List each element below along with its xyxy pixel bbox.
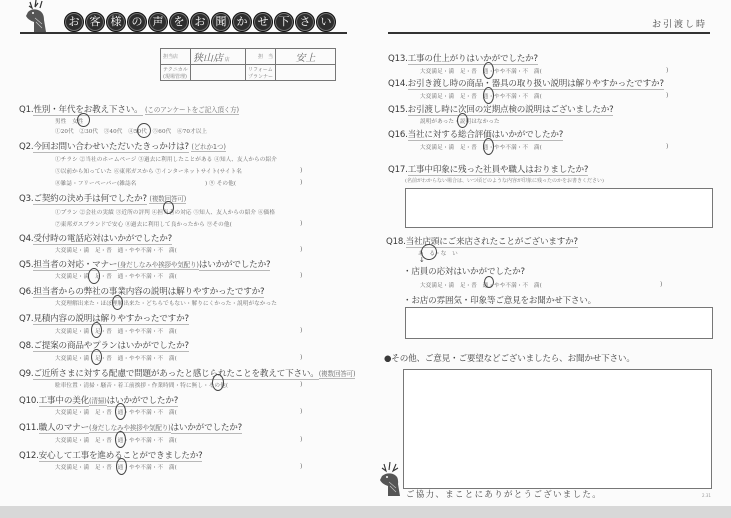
title-char: お <box>64 12 84 32</box>
question-q17: Q17.工事中印象に残った社員や職人はおりましたか? <box>388 163 588 175</box>
question-q2: Q2.今回お問い合わせいただいたきっかけは? (どれか1つ) <box>19 140 226 152</box>
q4-close-paren: ) <box>300 246 302 253</box>
q9-close-paren: ) <box>300 381 302 388</box>
question-q10: Q10.工事中の美化(清掃)はいかがでしたか? <box>19 394 178 406</box>
q1-age-circle <box>137 123 151 138</box>
handover-title: お引渡し時 <box>652 17 707 30</box>
question-q18: Q18.当社店頭にご来店されたことがございますか? <box>386 235 578 247</box>
question-q7: Q7.見積内容の説明は解りやすかったですか? <box>19 312 189 324</box>
q14-options[interactable]: 大変満足・満 足・普 通・やや不満・不 満( <box>420 92 542 100</box>
question-q14: Q14.お引き渡し時の商品・器具の取り扱い説明は解りやすかったですか? <box>388 77 664 89</box>
q7-options[interactable]: 大変満足・満 足・普 通・やや不満・不 満( <box>55 327 177 335</box>
q11-selected-circle <box>115 431 126 448</box>
planner-label: リフォームプランナー <box>246 65 276 81</box>
deer-logo-icon <box>22 0 54 32</box>
title-char: の <box>127 12 147 32</box>
q18-answer-box[interactable] <box>405 307 713 339</box>
q18-sub1-circle <box>484 276 494 288</box>
q1-selected-circle <box>77 113 90 127</box>
q13-close-paren: ) <box>666 67 668 74</box>
q8-close-paren: ) <box>300 354 302 361</box>
deer-mascot-icon <box>378 462 406 496</box>
q16-options[interactable]: 大変満足・満 足・普 通・やや不満・不 満( <box>420 143 542 151</box>
q12-close-paren: ) <box>300 463 302 470</box>
q7-selected-circle <box>91 322 102 338</box>
thanks-message: ご協力、まことにありがとうございました。 <box>406 488 602 500</box>
staff-table: 担当店 狭山店 店 担 当 安上 テクニカル(現場管理) リフォームプランナー <box>160 48 336 81</box>
question-q13: Q13.工事の仕上がりはいかがでしたか? <box>388 52 538 64</box>
title-char: せ <box>253 12 273 32</box>
q2-close-paren-2: ) <box>300 179 302 186</box>
title-char: 様 <box>106 12 126 32</box>
q9-options[interactable]: 駐車位置・清掃・騒音・着工前挨拶・作業時間・特に無し・その他( <box>55 381 228 389</box>
other-comments-box[interactable] <box>403 369 712 489</box>
q6-options[interactable]: 大変理解出来た・ほぼ理解出来た・どちらでもない・解りにくかった・説明がなかった <box>55 299 277 307</box>
q2-options-1[interactable]: ①チラシ ②当社のホームページ ③過去に利用したことがある ④知人、友人からの紹… <box>55 155 277 163</box>
q17-answer-box[interactable] <box>405 188 713 228</box>
question-q11: Q11.職人のマナー(身だしなみや挨拶や気配り)はいかがでしたか? <box>19 421 242 433</box>
q16-close-paren: ) <box>666 143 668 150</box>
q5-selected-circle <box>88 268 100 284</box>
q3-options-2[interactable]: ⑦東邦ガスブランドで安心 ⑧過去に利用して良かったから ⑨その他( <box>55 220 232 228</box>
q1-age-options[interactable]: ①20代 ②30代 ③40代 ④50代 ⑤60代 ⑥70才以上 <box>55 127 207 135</box>
q2-options-2[interactable]: ⑤以前から知っていた ⑥東邦ガスから ⑦インターネットサイト(サイト名 <box>55 167 242 175</box>
q11-close-paren: ) <box>300 436 302 443</box>
q6-selected-circle <box>112 295 123 310</box>
q18-sub1: ・店員の応対はいかがでしたか? <box>403 265 525 277</box>
title-char: さ <box>295 12 315 32</box>
q2-options-3b[interactable]: ) ⑨ その他( <box>205 179 236 187</box>
q15-selected-circle <box>457 113 468 128</box>
q14-close-paren: ) <box>666 92 668 99</box>
title-char: か <box>232 12 252 32</box>
question-q1: Q1.性別・年代をお教え下さい。 (このアンケートをご記入頂く方) <box>19 103 239 115</box>
q8-selected-circle <box>91 349 102 365</box>
person-field[interactable]: 安上 <box>276 49 336 65</box>
q12-selected-circle <box>116 458 127 475</box>
question-q15: Q15.お引渡し時に次回の定期点検の説明はございましたか? <box>388 103 613 115</box>
question-q16: Q16.当社に対する総合評価はいかがでしたか? <box>388 128 563 140</box>
question-q12: Q12.安心して工事を進めることができましたか? <box>19 449 202 461</box>
q2-options-3[interactable]: ⑧雑誌・フリーペーパー(雑誌名 <box>55 179 137 187</box>
question-q8: Q8.ご提案の商品やプランはいかがでしたか? <box>19 339 189 351</box>
title-rule-right <box>388 32 710 34</box>
q16-selected-circle <box>483 138 494 155</box>
q5-close-paren: ) <box>300 272 302 279</box>
planner-field[interactable] <box>276 65 336 81</box>
q9-selected-circle <box>212 374 224 391</box>
question-q5: Q5.担当者の対応・マナー(身だしなみや挨拶や気配り)はいかがでしたか? <box>19 258 270 270</box>
q13-options[interactable]: 大変満足・満 足・普 通・やや不満・不 満( <box>420 67 542 75</box>
q2-close-paren: ) <box>300 167 302 174</box>
title-char: 声 <box>148 12 168 32</box>
q3-close-paren: ) <box>300 220 302 227</box>
question-q4: Q4.受付時の電話応対はいかがでしたか? <box>19 232 172 244</box>
q14-selected-circle <box>483 87 494 104</box>
q18-close-paren: ) <box>660 281 662 288</box>
title-char: を <box>169 12 189 32</box>
person-label: 担 当 <box>246 49 276 65</box>
q8-options[interactable]: 大変満足・満 足・普 通・やや不満・不 満( <box>55 354 177 362</box>
title-rule-left <box>20 32 347 34</box>
q4-options[interactable]: 大変満足・満 足・普 通・やや不満・不 満( <box>55 246 177 254</box>
q10-selected-circle <box>115 403 126 420</box>
q3-selected-circle <box>163 201 174 214</box>
q10-close-paren: ) <box>300 408 302 415</box>
question-q9: Q9.ご近所さまに対する配慮で問題があったと感じられたことを教えて下さい。(複数… <box>19 367 355 379</box>
title-char: 聞 <box>211 12 231 32</box>
q18-sub1-options[interactable]: 大変満足・満 足・普 通・やや不満・不 満( <box>420 281 542 289</box>
title-char: い <box>316 12 336 32</box>
store-label: 担当店 <box>161 49 191 65</box>
page-title: お 客 様 の 声 を お 聞 か せ 下 さ い <box>64 12 336 32</box>
q17-note: (名前がわからない場合は、いつ頃どのような内容が印象に残ったのかをお書きください… <box>405 177 604 184</box>
other-comments-label: ●その他、ご意見・ご要望などございましたら、お聞かせ下さい。 <box>384 352 635 364</box>
q7-close-paren: ) <box>300 327 302 334</box>
form-code: 2.31 <box>702 493 711 498</box>
survey-sheet: お 客 様 の 声 を お 聞 か せ 下 さ い お引渡し時 担当店 狭山店 … <box>0 0 731 506</box>
question-q6: Q6.担当者からの弊社の事業内容の説明は解りやすかったですか? <box>19 285 264 297</box>
title-char: 客 <box>85 12 105 32</box>
q18-arrow-icon: ↓ <box>419 256 425 264</box>
title-char: 下 <box>274 12 294 32</box>
title-char: お <box>190 12 210 32</box>
q5-options[interactable]: 大変満足・満 足・普 通・やや不満・不 満( <box>55 272 177 280</box>
technical-field[interactable] <box>191 65 246 81</box>
q18-sub2: ・お店の雰囲気・印象等ご意見をお聞かせ下さい。 <box>403 294 596 306</box>
question-q3: Q3.ご契約の決め手は何でしたか? (複数回答可) <box>19 192 186 204</box>
store-field[interactable]: 狭山店 店 <box>191 49 246 65</box>
technical-label: テクニカル(現場管理) <box>161 65 191 81</box>
